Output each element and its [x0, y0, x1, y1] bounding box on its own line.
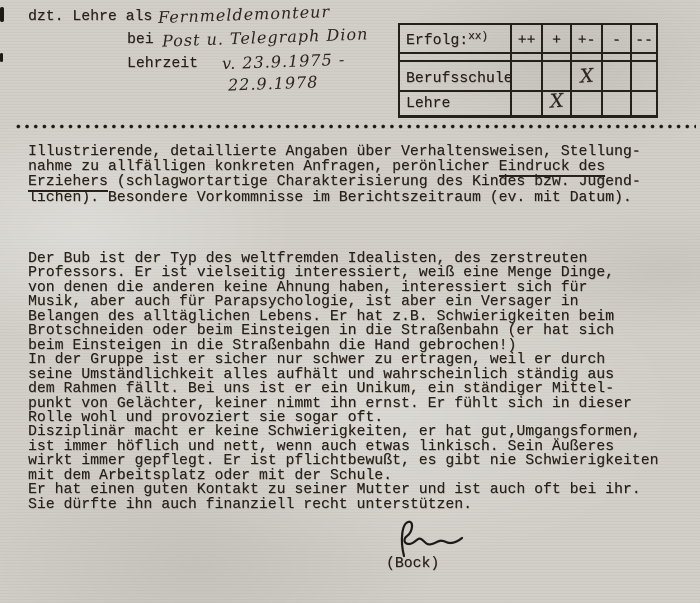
table-title: Erfolg: — [406, 33, 468, 49]
mark-cell — [570, 92, 601, 115]
success-rating-table: Erfolg:xx) ++ + +- - -- Berufsschule X L… — [398, 23, 658, 118]
scanned-report-page: dzt. Lehre als Fernmeldemonteur bei Post… — [0, 0, 700, 603]
mark-cell — [630, 92, 656, 115]
report-text: Der Bub ist der Typ des weltfremden Idea… — [28, 252, 658, 512]
spacer-cell — [541, 54, 570, 62]
table-title-cell: Erfolg:xx) — [400, 25, 510, 54]
column-header-plusminus: +- — [570, 25, 601, 54]
period-end-handwritten: 22.9.1978 — [228, 72, 319, 94]
dotted-separator — [14, 124, 696, 129]
row-label-lehre: Lehre — [400, 92, 510, 115]
spacer-cell — [570, 54, 601, 62]
mark-cell — [601, 92, 630, 115]
spacer-cell — [510, 54, 541, 62]
scan-artifact — [0, 7, 4, 22]
mark-cell: X — [570, 62, 601, 92]
mark-cell — [510, 92, 541, 115]
column-header-plus: + — [541, 25, 570, 54]
grade-mark-lehre: X — [549, 92, 564, 113]
spacer-cell — [601, 54, 630, 62]
instruction-paragraph: Illustrierende, detaillierte Angaben übe… — [28, 145, 641, 206]
signature-scribble — [393, 518, 465, 560]
column-header-minusminus: -- — [630, 25, 656, 54]
employer-handwritten: Post u. Telegraph Dion — [162, 24, 369, 50]
period-start-handwritten: v. 23.9.1975 - — [222, 50, 346, 73]
table-title-footnote: xx) — [468, 31, 488, 43]
mark-cell — [541, 62, 570, 92]
current-apprenticeship-label: dzt. Lehre als — [28, 9, 152, 25]
row-label-berufsschule: Berufsschule — [400, 62, 510, 92]
apprenticeship-period-label: Lehrzeit — [127, 56, 198, 72]
mark-cell — [510, 62, 541, 92]
grade-mark-berufsschule: X — [579, 67, 594, 88]
mark-cell — [601, 62, 630, 92]
column-header-plusplus: ++ — [510, 25, 541, 54]
mark-cell — [630, 62, 656, 92]
employer-prefix-label: bei — [127, 32, 154, 48]
spacer-cell — [400, 54, 510, 62]
trade-handwritten: Fernmeldemonteur — [158, 2, 331, 27]
mark-cell: X — [541, 92, 570, 115]
signature-name: (Bock) — [386, 556, 439, 572]
spacer-cell — [630, 54, 656, 62]
scan-artifact — [0, 53, 3, 62]
column-header-minus: - — [601, 25, 630, 54]
